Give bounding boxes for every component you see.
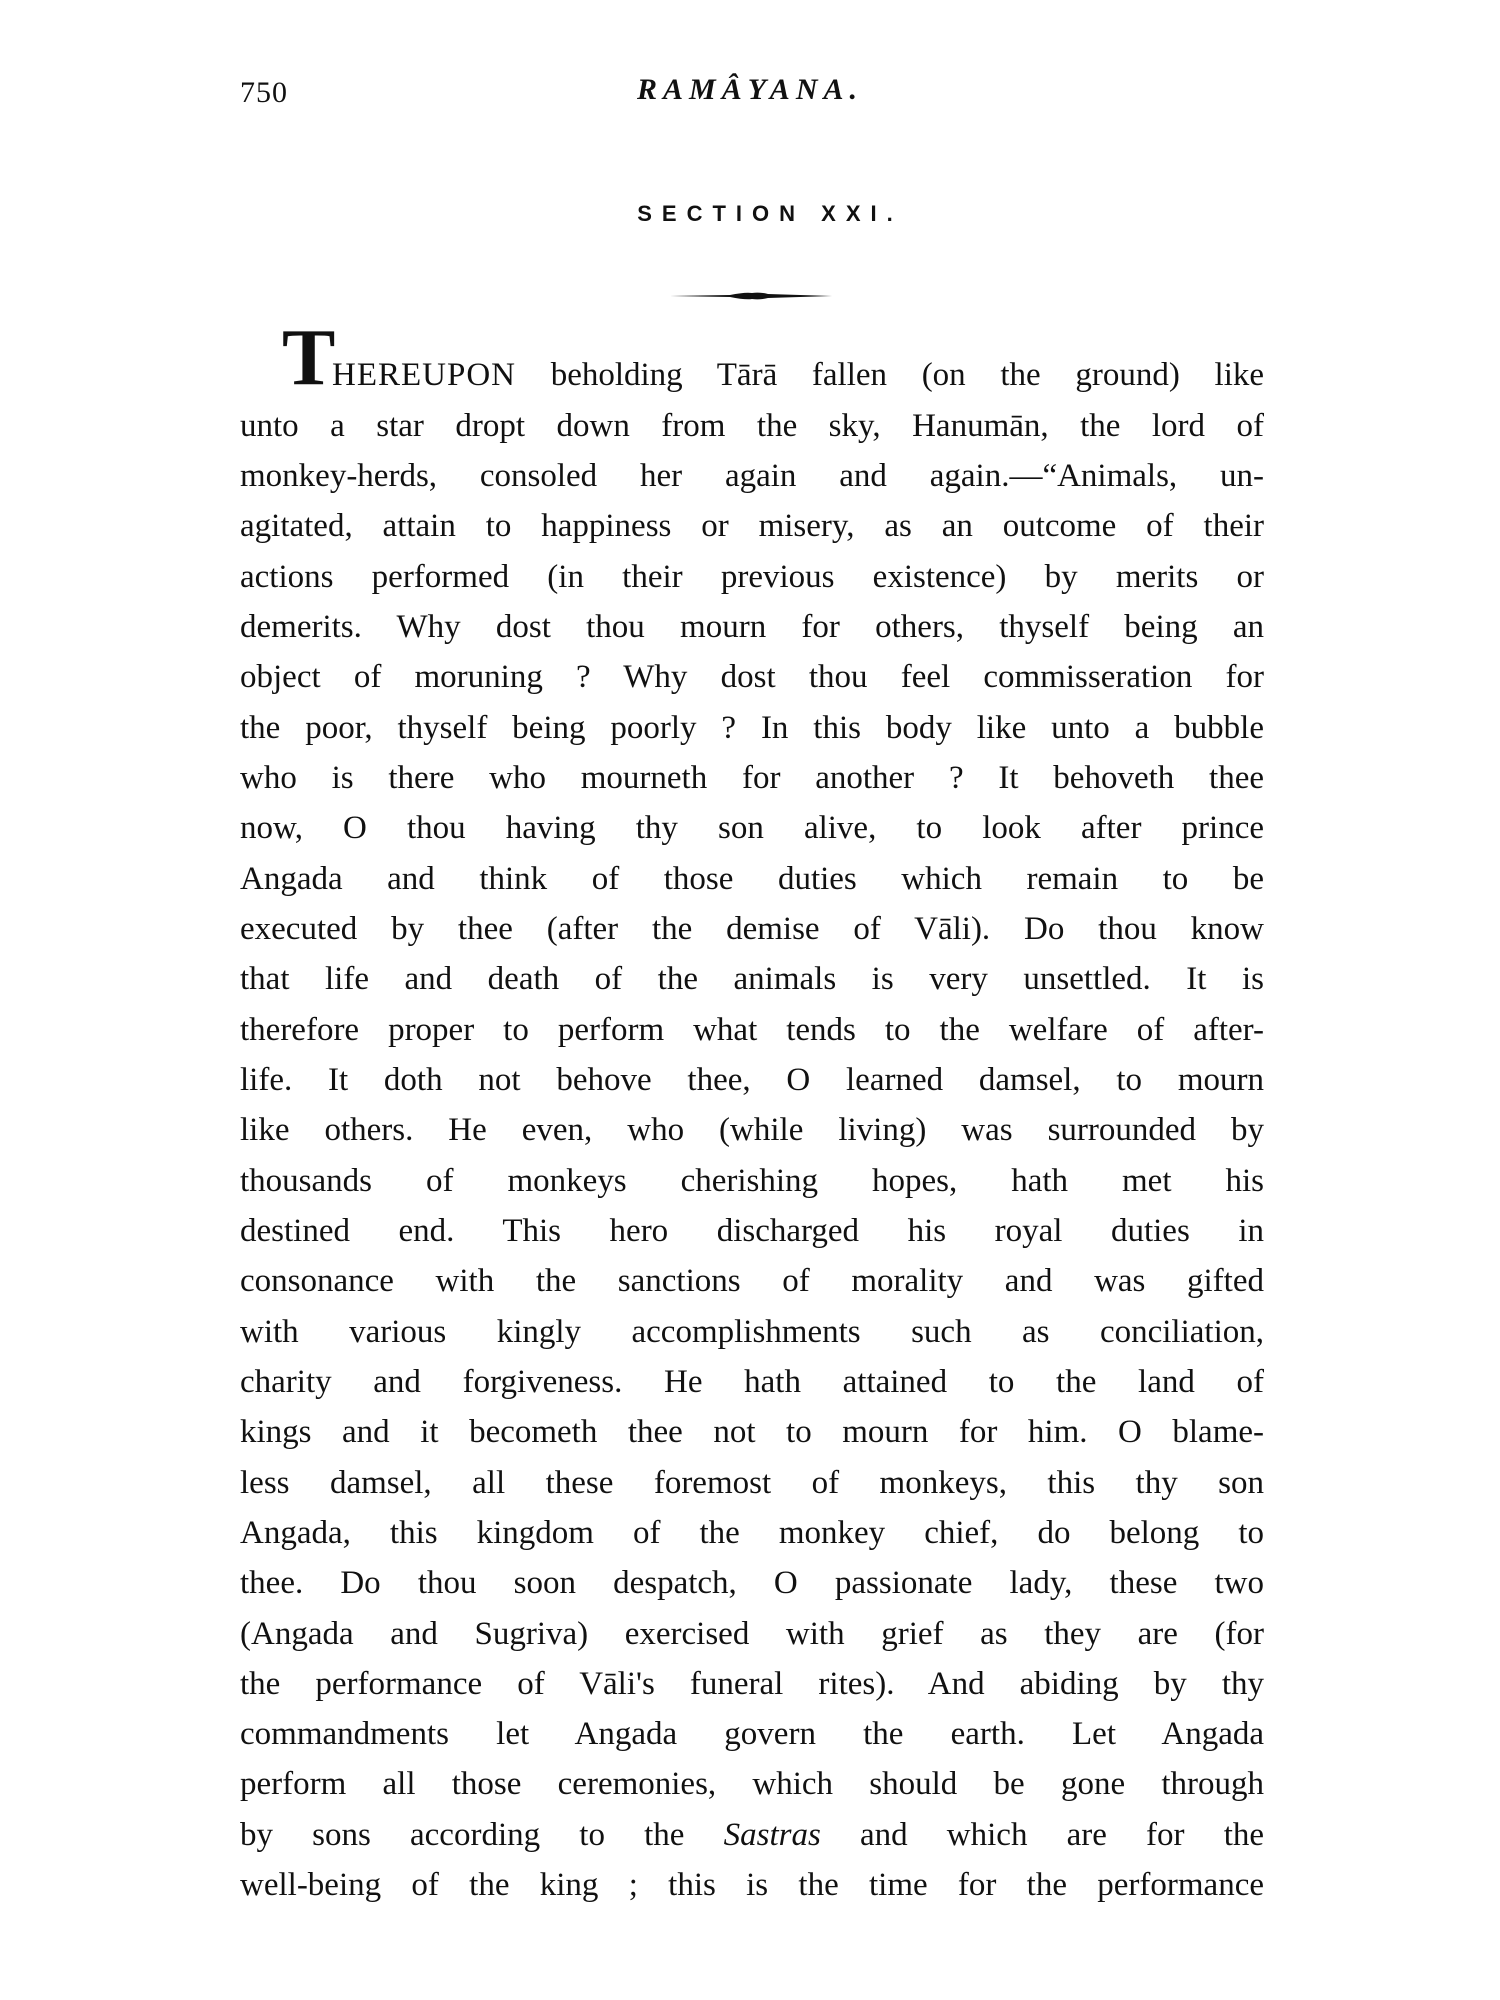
text-line: thousands of monkeys cherishing hopes, h… <box>240 1165 1264 1198</box>
section-heading: SECTION XXI. <box>560 201 970 227</box>
line-text: and which are for the <box>860 1817 1264 1853</box>
text-line: object of moruning ? Why dost thou feel … <box>240 661 1264 694</box>
text-line: like others. He even, who (while living)… <box>240 1114 1264 1147</box>
text-line: perform all those ceremonies, which shou… <box>240 1768 1264 1801</box>
text-line: kings and it becometh thee not to mourn … <box>240 1416 1264 1449</box>
text-line: less damsel, all these foremost of monke… <box>240 1467 1264 1500</box>
text-line: who is there who mourneth for another ? … <box>240 762 1264 795</box>
small-caps-word: HEREUPON <box>332 357 516 393</box>
text-line: demerits. Why dost thou mourn for others… <box>240 611 1264 644</box>
ornament-rule-icon <box>670 290 832 302</box>
text-line: life. It doth not behove thee, O learned… <box>240 1064 1264 1097</box>
text-line: Angada and think of those duties which r… <box>240 863 1264 896</box>
page-number: 750 <box>240 78 288 108</box>
text-line: that life and death of the animals is ve… <box>240 963 1264 996</box>
italic-term: Sastras <box>724 1817 821 1853</box>
text-line: agitated, attain to happiness or misery,… <box>240 510 1264 543</box>
running-title: RAMÂYANA. <box>560 74 940 106</box>
text-line: actions performed (in their previous exi… <box>240 561 1264 594</box>
text-line: now, O thou having thy son alive, to loo… <box>240 812 1264 845</box>
text-line: the poor, thyself being poorly ? In this… <box>240 712 1264 745</box>
line-text: by sons according to the <box>240 1817 684 1853</box>
book-page: 750 RAMÂYANA. SECTION XXI. T HEREUPON be… <box>0 0 1500 2000</box>
text-line: executed by thee (after the demise of Vā… <box>240 913 1264 946</box>
text-line: the performance of Vāli's funeral rites)… <box>240 1668 1264 1701</box>
text-line: Angada, this kingdom of the monkey chief… <box>240 1517 1264 1550</box>
text-line: unto a star dropt down from the sky, Han… <box>240 410 1264 443</box>
text-line: charity and forgiveness. He hath attaine… <box>240 1366 1264 1399</box>
text-line: commandments let Angada govern the earth… <box>240 1718 1264 1751</box>
text-line: well-being of the king ; this is the tim… <box>240 1869 1264 1902</box>
text-line: with various kingly accomplishments such… <box>240 1316 1264 1349</box>
text-line: by sons according to the Sastras and whi… <box>240 1819 1264 1852</box>
text-line: thee. Do thou soon despatch, O passionat… <box>240 1567 1264 1600</box>
text-line: monkey-herds, consoled her again and aga… <box>240 460 1264 493</box>
text-line: consonance with the sanctions of moralit… <box>240 1265 1264 1298</box>
drop-cap: T <box>282 318 335 398</box>
line-text: beholding Tārā fallen (on the ground) li… <box>551 357 1264 393</box>
text-line: (Angada and Sugriva) exercised with grie… <box>240 1618 1264 1651</box>
text-line: destined end. This hero discharged his r… <box>240 1215 1264 1248</box>
text-line: therefore proper to perform what tends t… <box>240 1014 1264 1047</box>
text-line: HEREUPON beholding Tārā fallen (on the g… <box>332 359 1264 392</box>
